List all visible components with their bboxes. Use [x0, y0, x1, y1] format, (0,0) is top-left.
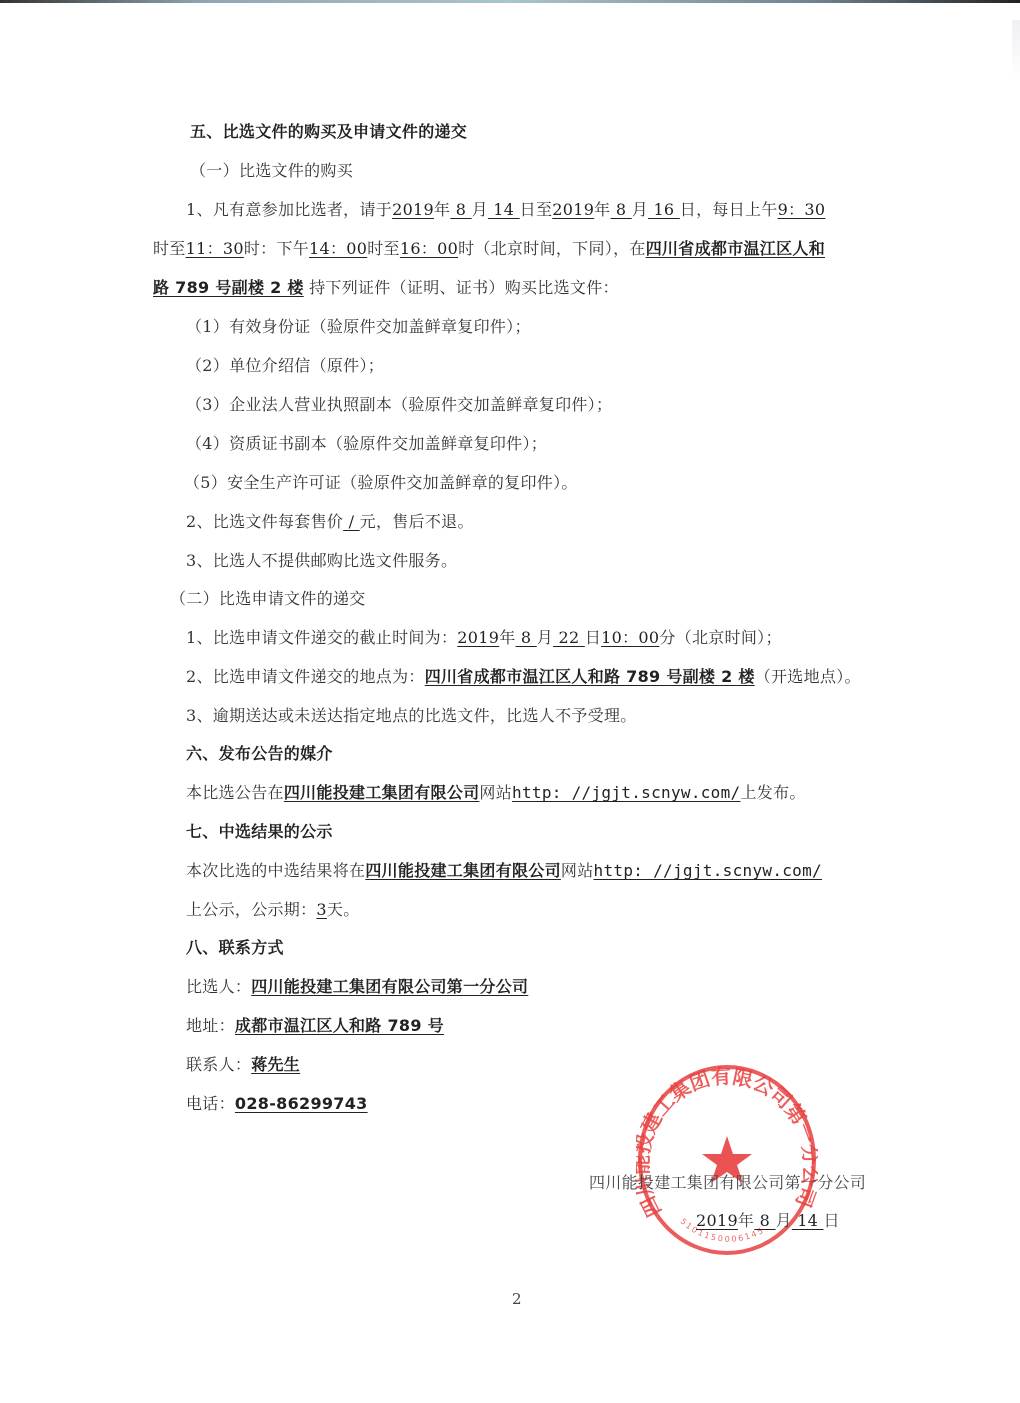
start-day: 14 — [488, 200, 520, 219]
purchase-item1-line3: 路 789 号副楼 2 楼 持下列证件（证明、证书）购买比选文件： — [153, 277, 619, 299]
signature-date: 2019年 8 月 14 日 — [696, 1210, 840, 1232]
selector-value: 四川能投建工集团有限公司第一分公司 — [251, 977, 528, 996]
section6-heading: 六、发布公告的媒介 — [186, 743, 333, 765]
section8-heading: 八、联系方式 — [186, 937, 284, 959]
contact-selector: 比选人：四川能投建工集团有限公司第一分公司 — [186, 976, 528, 998]
address-value: 成都市温江区人和路 789 号 — [235, 1016, 444, 1035]
pm-end-time: 16：00 — [400, 239, 458, 258]
purchase-item1-line1: 1、凡有意参加比选者，请于2019年 8 月 14 日至2019年 8 月 16… — [186, 199, 825, 221]
sub1-heading: （一）比选文件的购买 — [190, 160, 353, 182]
section7-heading: 七、中选结果的公示 — [186, 821, 333, 843]
scan-edge-right — [1012, 20, 1020, 80]
result-url-link[interactable]: http: //jgjt.scnyw.com/ — [594, 861, 822, 880]
purchase-address-part2: 路 789 号副楼 2 楼 — [153, 278, 304, 297]
submission-item2: 2、比选申请文件递交的地点为：四川省成都市温江区人和路 789 号副楼 2 楼（… — [186, 666, 861, 688]
price-value: / — [343, 512, 359, 531]
submission-address: 四川省成都市温江区人和路 789 号副楼 2 楼 — [425, 667, 755, 686]
purchase-item1-line2: 时至11：30时：下午14：00时至16：00时（北京时间，下同），在四川省成都… — [153, 238, 825, 260]
announce-days: 3 — [316, 900, 326, 919]
contact-value: 蒋先生 — [251, 1055, 300, 1074]
submission-item1: 1、比选申请文件递交的截止时间为：2019年 8 月 22 日10：00分（北京… — [186, 627, 782, 649]
am-start-time: 9：30 — [778, 200, 826, 219]
result-announce-line2: 上公示，公示期：3天。 — [186, 899, 360, 921]
scan-edge-top — [0, 0, 1020, 3]
purchase-item3: 3、比选人不提供邮购比选文件服务。 — [186, 550, 457, 572]
document-item: （4）资质证书副本（验原件交加盖鲜章复印件）； — [186, 433, 547, 455]
section5-heading: 五、比选文件的购买及申请文件的递交 — [190, 121, 467, 143]
result-announce-line1: 本次比选的中选结果将在四川能投建工集团有限公司网站http: //jgjt.sc… — [186, 860, 822, 882]
deadline-day: 22 — [553, 628, 585, 647]
am-end-time: 11：30 — [186, 239, 244, 258]
document-item: （2）单位介绍信（原件）； — [186, 355, 384, 377]
document-item: （5）安全生产许可证（验原件交加盖鲜章的复印件）。 — [184, 472, 578, 494]
deadline-year: 2019 — [457, 628, 499, 647]
end-year: 2019 — [552, 200, 594, 219]
publisher-company: 四川能投建工集团有限公司 — [284, 783, 480, 802]
contact-address: 地址：成都市温江区人和路 789 号 — [186, 1015, 444, 1037]
publish-url-link[interactable]: http: //jgjt.scnyw.com/ — [512, 783, 740, 802]
page-number: 2 — [512, 1290, 522, 1308]
deadline-time: 10：00 — [601, 628, 659, 647]
end-day: 16 — [648, 200, 680, 219]
submission-item3: 3、逾期送达或未送达指定地点的比选文件，比选人不予受理。 — [186, 705, 637, 727]
document-item: （3）企业法人营业执照副本（验原件交加盖鲜章复印件）； — [186, 394, 612, 416]
contact-person: 联系人：蒋先生 — [186, 1054, 300, 1076]
publish-media-line: 本比选公告在四川能投建工集团有限公司网站http: //jgjt.scnyw.c… — [186, 782, 806, 804]
signature-company: 四川能投建工集团有限公司第一分公司 — [589, 1172, 866, 1194]
contact-phone: 电话：028-86299743 — [186, 1093, 368, 1115]
pm-start-time: 14：00 — [309, 239, 367, 258]
end-month: 8 — [610, 200, 631, 219]
sub2-heading: （二）比选申请文件的递交 — [170, 588, 366, 610]
start-month: 8 — [450, 200, 471, 219]
purchase-address-part1: 四川省成都市温江区人和 — [646, 239, 825, 258]
deadline-month: 8 — [516, 628, 537, 647]
phone-value: 028-86299743 — [235, 1094, 368, 1113]
document-item: （1）有效身份证（验原件交加盖鲜章复印件）； — [186, 316, 531, 338]
purchase-item2: 2、比选文件每套售价 / 元，售后不退。 — [186, 511, 474, 533]
start-year: 2019 — [392, 200, 434, 219]
result-company: 四川能投建工集团有限公司 — [365, 861, 561, 880]
